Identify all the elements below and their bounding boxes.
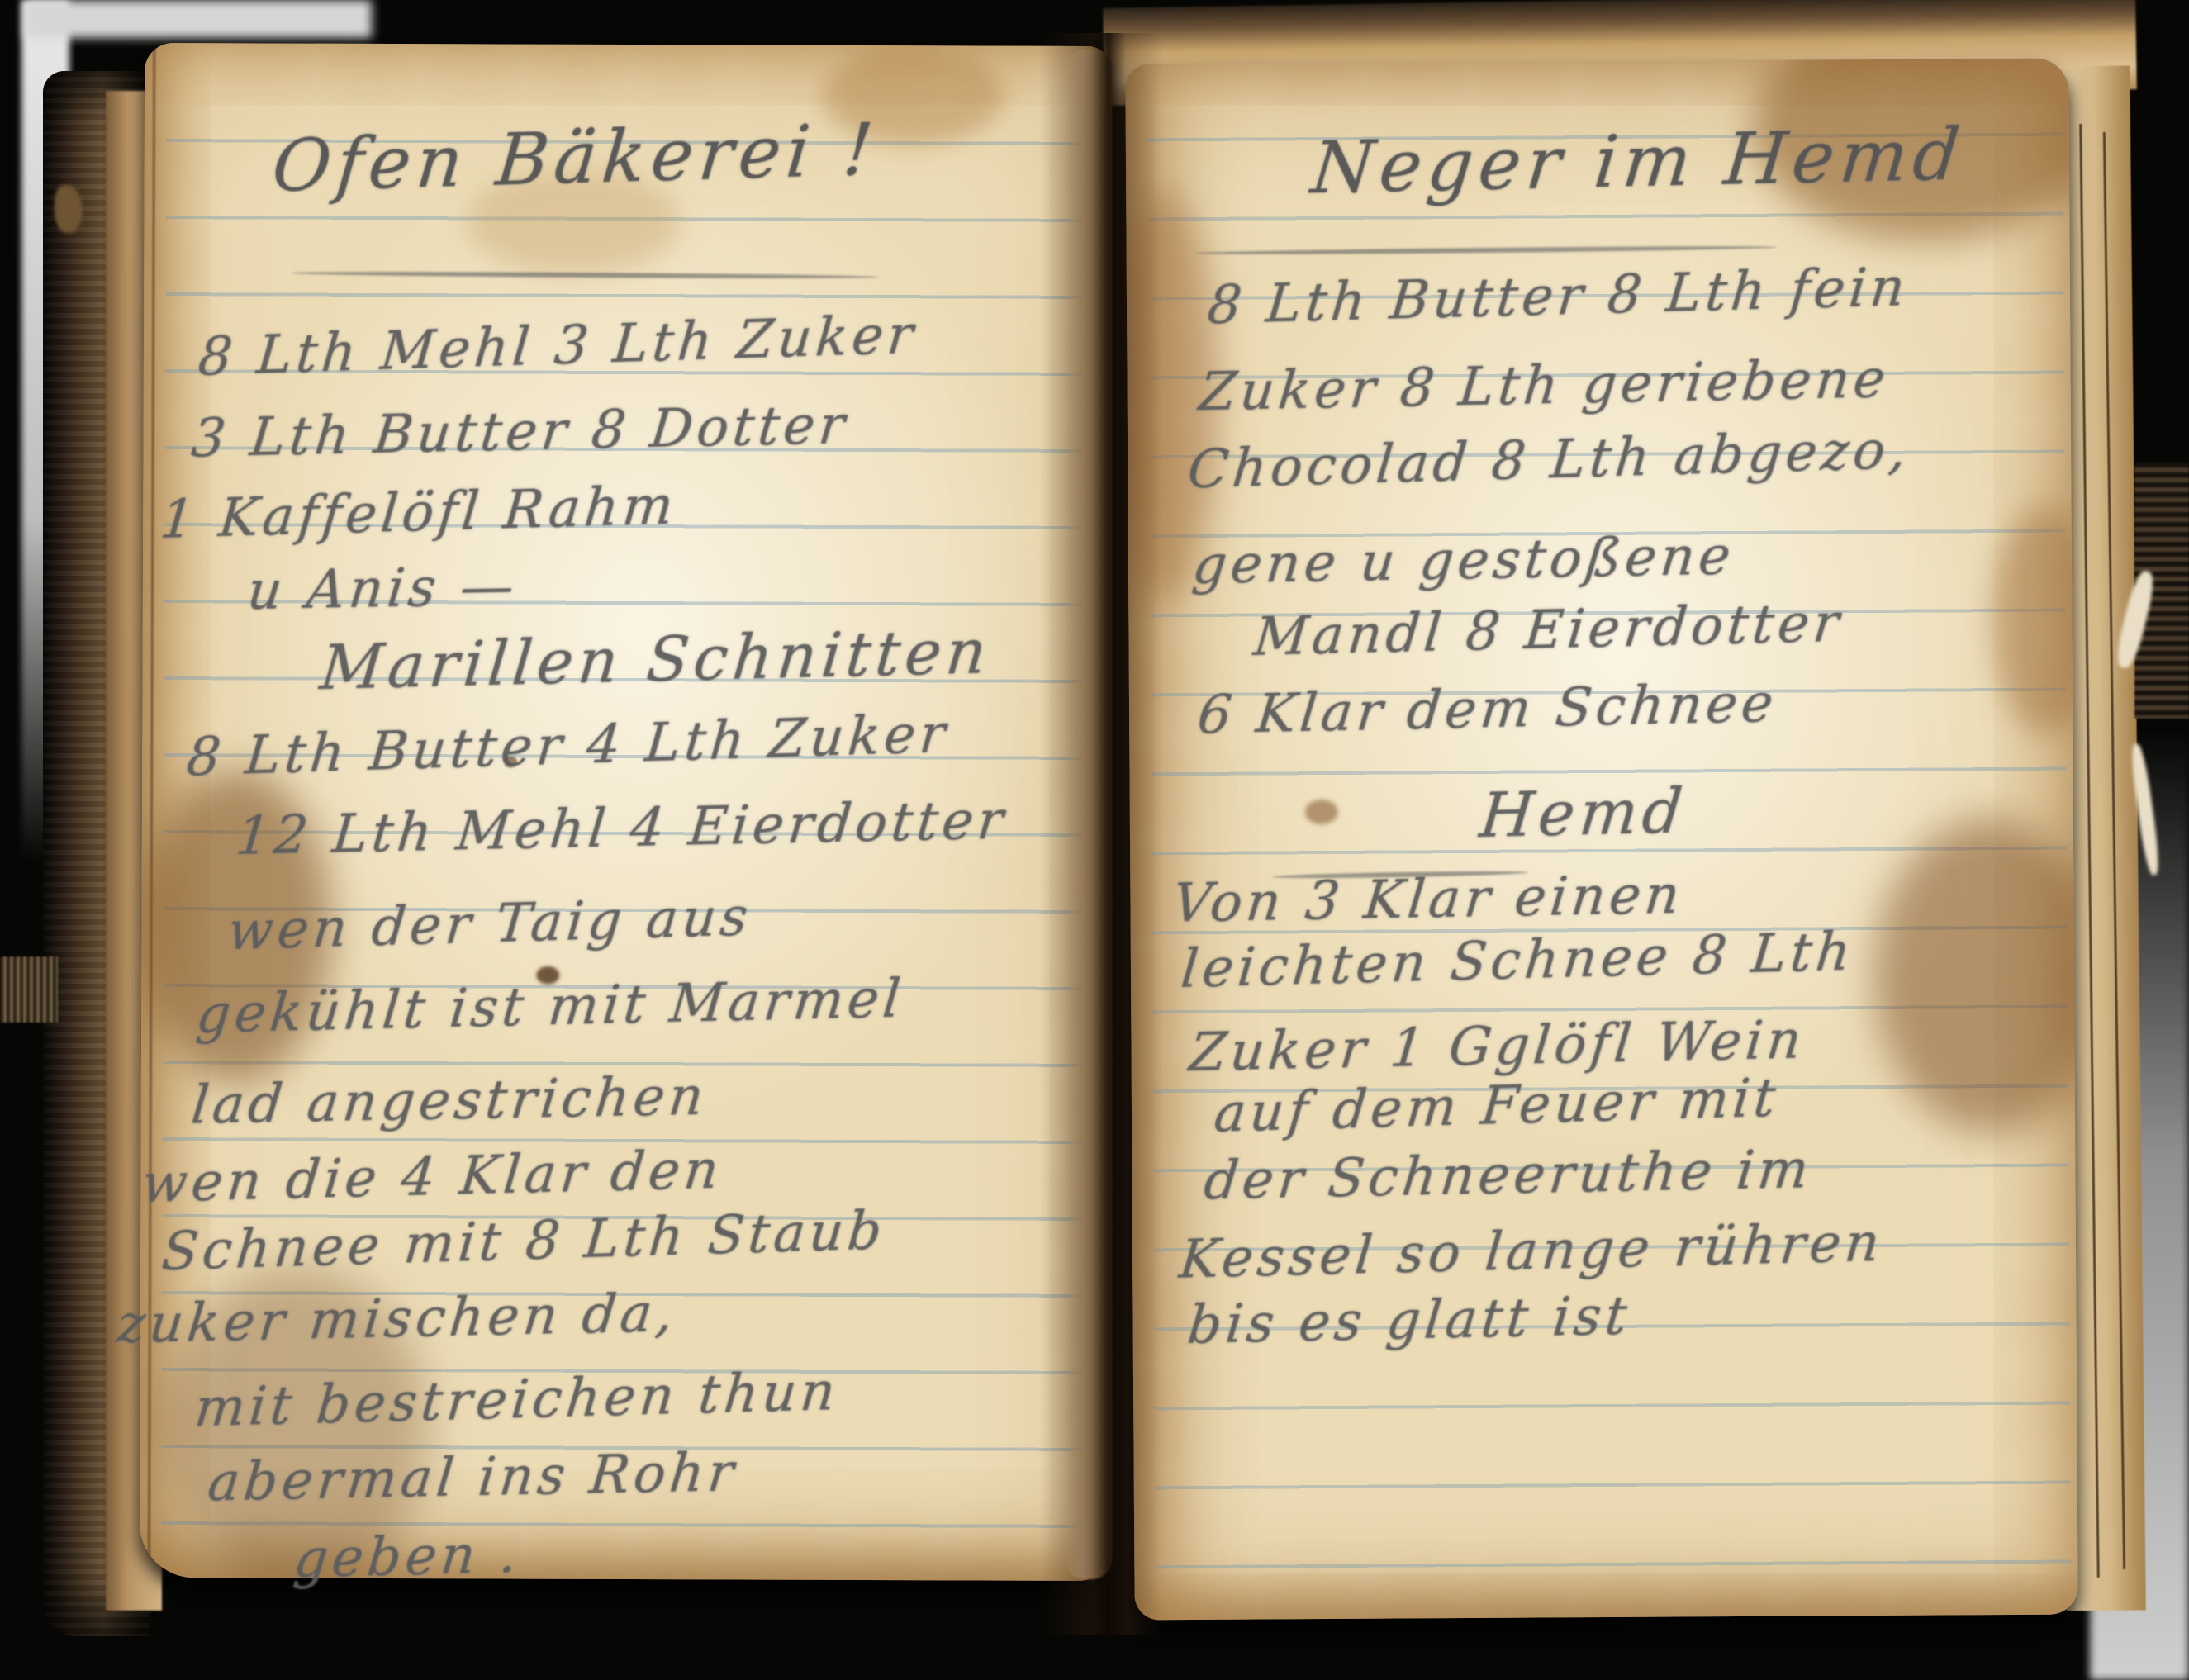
recipe-line: u Anis — — [245, 556, 520, 622]
gutter-shadow — [1039, 33, 1163, 1635]
recipe-line: der Schneeruthe im — [1201, 1139, 1815, 1212]
recipe-line: zuker mischen da, — [114, 1283, 680, 1355]
recipe-line: bis es glatt ist — [1185, 1285, 1634, 1355]
section-heading-right: Hemd — [1477, 776, 1690, 852]
recipe-line: lad angestrichen — [188, 1065, 710, 1136]
recipe-line: abermal ins Rohr — [205, 1442, 740, 1513]
recipe-line: Von 3 Klar einen — [1170, 865, 1686, 935]
recipe-line: geben . — [291, 1524, 524, 1590]
recipe-line: gene u gestoßene — [1189, 525, 1737, 596]
recipe-title-right: Neger im Hemd — [1308, 114, 1968, 211]
scanner-glare-top-left — [25, 0, 372, 38]
recipe-line: 6 Klar dem Schnee — [1194, 673, 1780, 747]
recipe-title-left: Ofen Bäkerei ! — [268, 109, 881, 209]
scanned-notebook-spread: Ofen Bäkerei ! 8 Lth Mehl 3 Lth Zuker 3 … — [0, 0, 2189, 1680]
stain-spot — [1305, 800, 1338, 824]
left-strap-fragment — [0, 956, 58, 1023]
